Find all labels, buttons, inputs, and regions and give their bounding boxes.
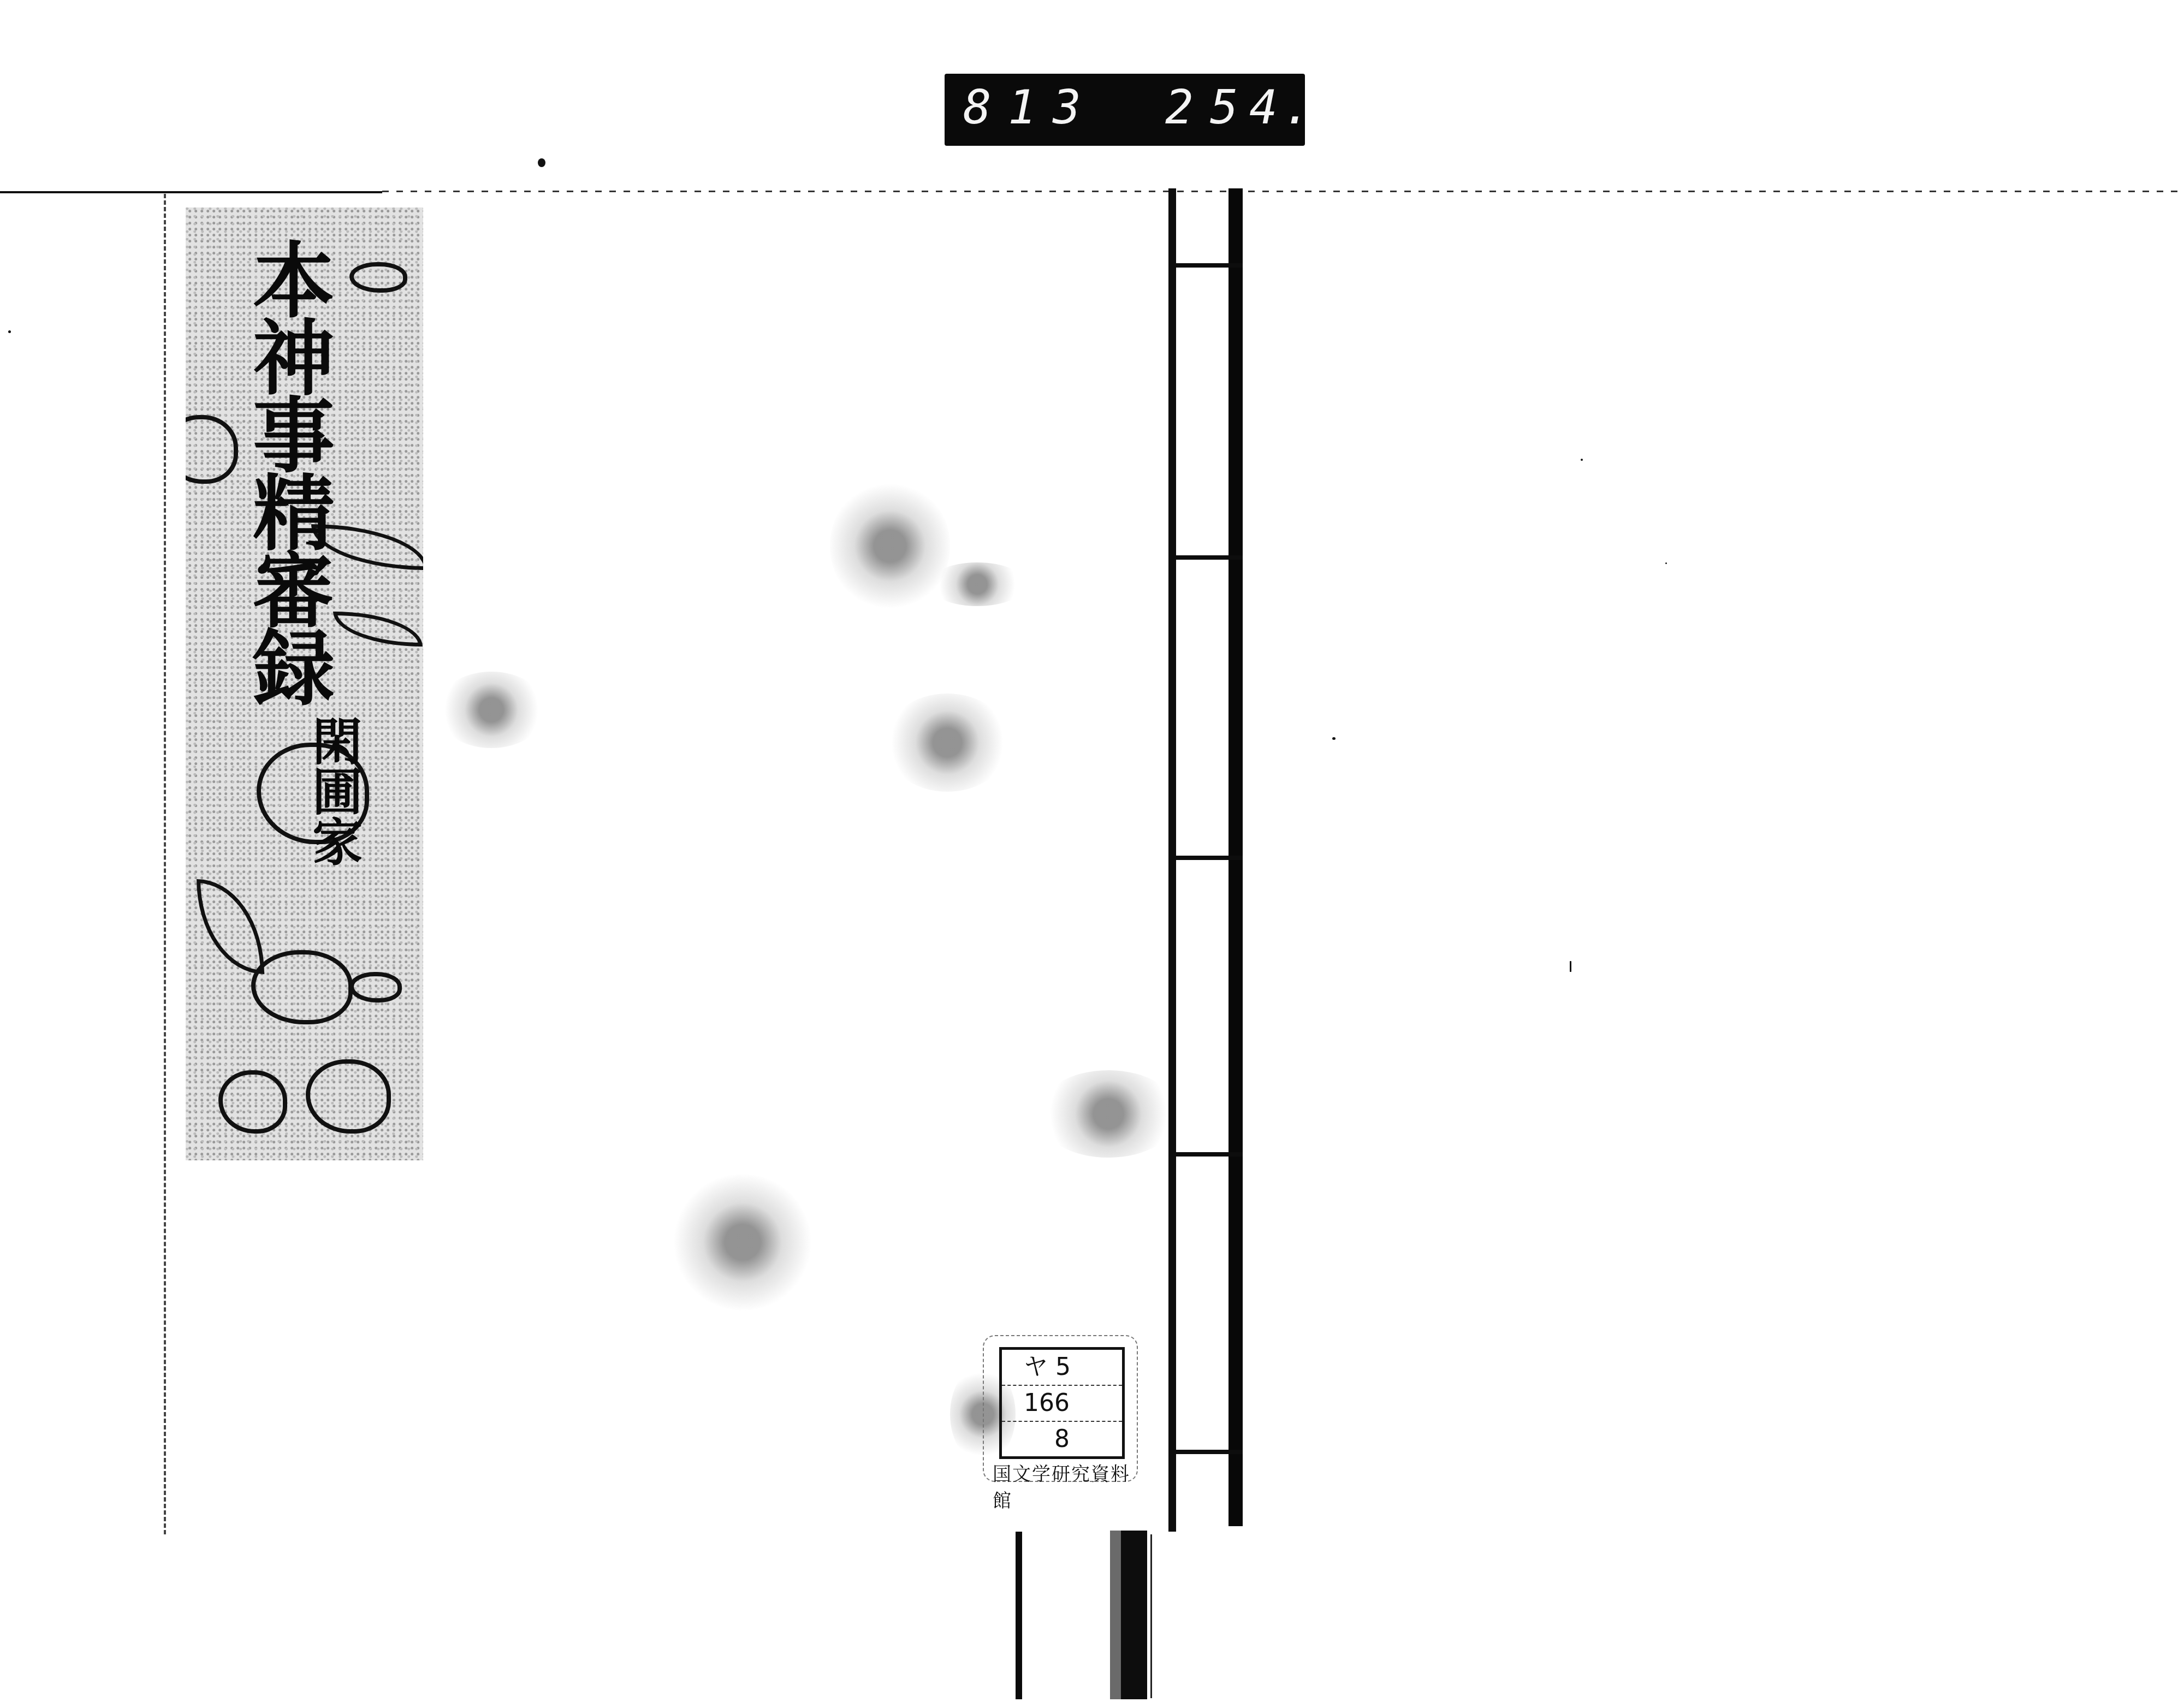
binding-thread bbox=[1168, 856, 1243, 860]
page-edge-stripe bbox=[1110, 1531, 1147, 1699]
ink-speck bbox=[1570, 961, 1571, 972]
stain-mark bbox=[928, 562, 1026, 606]
floral-pattern bbox=[349, 262, 407, 293]
page-edge-stripe bbox=[1016, 1532, 1022, 1699]
call-number-box: ヤ 5 166 8 bbox=[999, 1347, 1125, 1459]
library-label: ヤ 5 166 8 国文学研究資料館 bbox=[983, 1335, 1138, 1482]
library-name: 国文学研究資料館 bbox=[993, 1459, 1137, 1513]
ink-speck bbox=[538, 158, 545, 167]
scan-counter-display: 813 254. bbox=[945, 74, 1305, 146]
leaf-pattern bbox=[333, 612, 423, 647]
binding-strip bbox=[1168, 188, 1256, 1532]
binding-edge-left bbox=[1168, 188, 1176, 1532]
counter-digit: 4. bbox=[1249, 80, 1294, 135]
binding-thread bbox=[1168, 555, 1243, 560]
scan-top-rule-fragment bbox=[382, 191, 2184, 192]
ink-speck bbox=[1581, 459, 1583, 461]
floral-pattern bbox=[306, 1059, 391, 1134]
stain-mark bbox=[1037, 1070, 1179, 1158]
counter-digit: 2 bbox=[1160, 80, 1204, 135]
stain-mark bbox=[885, 693, 1010, 792]
call-number-row: 166 bbox=[1002, 1386, 1122, 1422]
counter-digit: 5 bbox=[1204, 80, 1249, 135]
floral-pattern bbox=[218, 1070, 287, 1134]
ink-speck bbox=[1665, 562, 1667, 564]
ink-speck bbox=[1332, 737, 1336, 740]
page-edge-stripe bbox=[1150, 1534, 1152, 1698]
counter-digit: 1 bbox=[1002, 80, 1047, 135]
floral-pattern bbox=[349, 972, 402, 1003]
counter-digit: 8 bbox=[958, 80, 1002, 135]
call-number-row: 8 bbox=[1002, 1422, 1122, 1457]
binding-thread bbox=[1168, 1152, 1243, 1157]
floral-pattern bbox=[186, 415, 238, 484]
leaf-pattern bbox=[197, 879, 264, 974]
binding-thread bbox=[1168, 1450, 1243, 1454]
title-slip: 本神事精審録 閑圃家 bbox=[186, 207, 423, 1160]
book-title: 本神事精審録 bbox=[246, 238, 328, 703]
binding-thread bbox=[1168, 263, 1243, 268]
call-number-row: ヤ 5 bbox=[1002, 1350, 1122, 1386]
scan-top-rule bbox=[0, 191, 382, 193]
floral-pattern bbox=[251, 950, 353, 1024]
stain-mark bbox=[672, 1174, 814, 1310]
stain-mark bbox=[437, 672, 546, 748]
ink-speck bbox=[8, 330, 11, 333]
book-author: 閑圃家 bbox=[308, 715, 359, 866]
counter-left-group: 813 bbox=[958, 80, 1092, 135]
counter-right-group: 254. bbox=[1160, 80, 1294, 135]
counter-digit: 3 bbox=[1047, 80, 1092, 135]
